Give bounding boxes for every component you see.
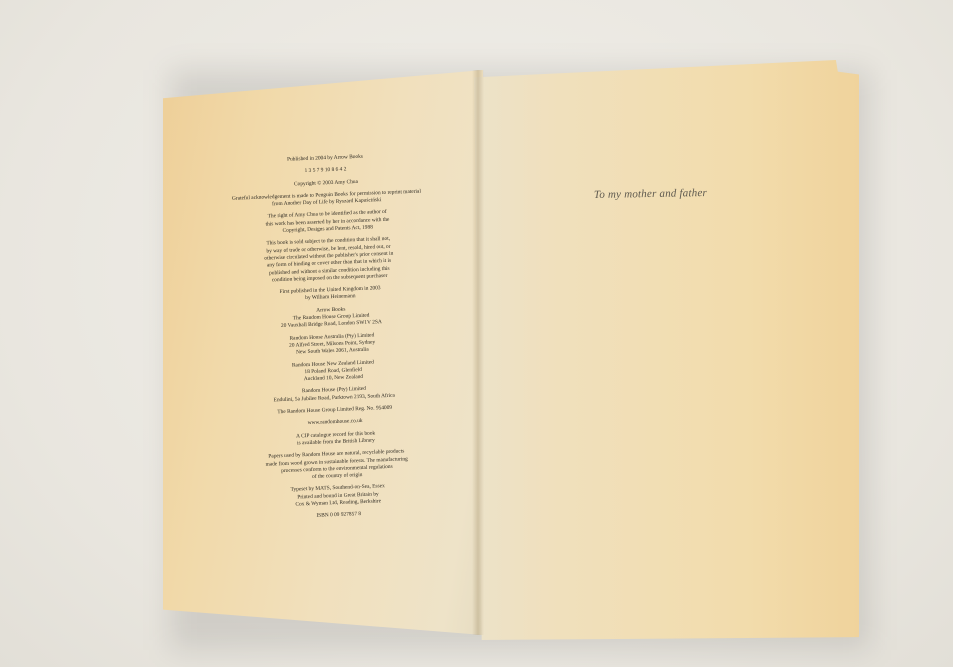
book-gutter xyxy=(472,70,484,635)
copyright-text-block: Published in 2004 by Arrow Books 1 3 5 7… xyxy=(200,150,464,529)
dedication-text: To my mother and father xyxy=(594,187,707,201)
right-page-dedication xyxy=(474,60,859,640)
